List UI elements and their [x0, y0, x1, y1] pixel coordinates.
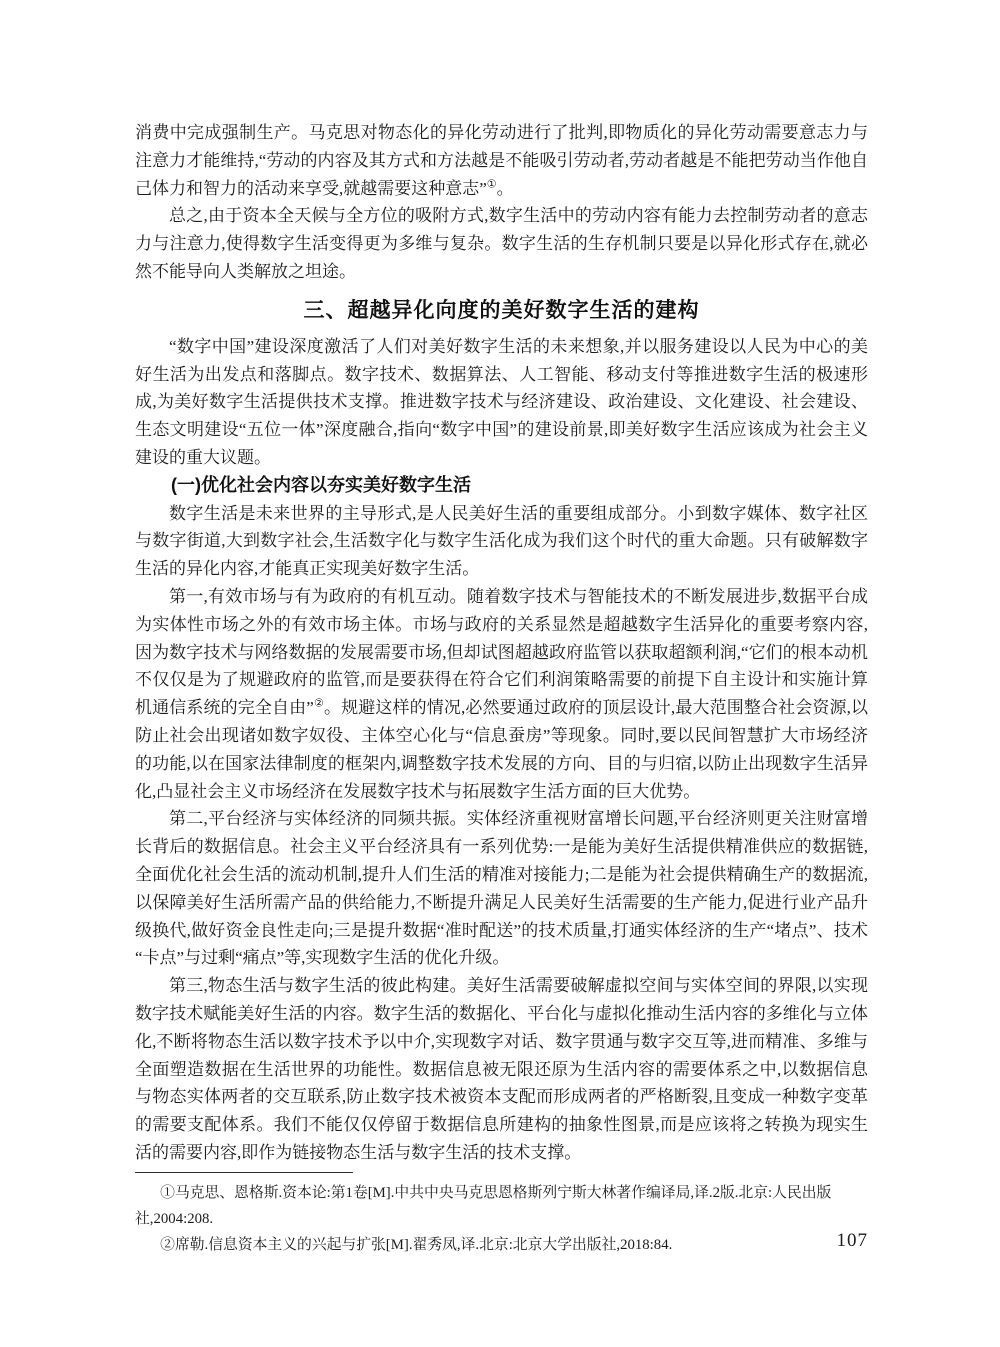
paragraph-text: 总之,由于资本全天候与全方位的吸附方式,数字生活中的劳动内容有能力去控制劳动者的…	[135, 206, 868, 281]
paragraph-text: 数字生活是未来世界的主导形式,是人民美好生活的重要组成部分。小到数字媒体、数字社…	[135, 504, 868, 579]
page-number: 107	[135, 1230, 868, 1252]
paragraph-first-point: 第一,有效市场与有为政府的有机互动。随着数字技术与智能技术的不断发展进步,数据平…	[135, 583, 868, 805]
subsection-heading: (一)优化社会内容以夯实美好数字生活	[135, 472, 868, 500]
paragraph-text: 第三,物态生活与数字生活的彼此构建。美好生活需要破解虚拟空间与实体空间的界限,以…	[135, 976, 868, 1162]
paragraph-digital-china: “数字中国”建设深度激活了人们对美好数字生活的未来想象,并以服务建设以人民为中心…	[135, 333, 868, 472]
document-page: 消费中完成强制生产。马克思对物态化的异化劳动进行了批判,即物质化的异化劳动需要意…	[0, 0, 1000, 1347]
footnote-ref-2: ②	[314, 697, 324, 709]
paragraph-text: “数字中国”建设深度激活了人们对美好数字生活的未来想象,并以服务建设以人民为中心…	[135, 337, 868, 467]
section-heading: 三、超越异化向度的美好数字生活的建构	[135, 296, 868, 326]
paragraph-digital-life: 数字生活是未来世界的主导形式,是人民美好生活的重要组成部分。小到数字媒体、数字社…	[135, 500, 868, 583]
paragraph-summary: 总之,由于资本全天候与全方位的吸附方式,数字生活中的劳动内容有能力去控制劳动者的…	[135, 202, 868, 285]
footnote-ref-1: ①	[487, 178, 497, 190]
article-body: 消费中完成强制生产。马克思对物态化的异化劳动进行了批判,即物质化的异化劳动需要意…	[135, 119, 868, 1167]
footnote-1: ①马克思、恩格斯.资本论:第1卷[M].中共中央马克思恩格斯列宁斯大林著作编译局…	[135, 1180, 868, 1232]
footnote-separator	[135, 1172, 353, 1173]
paragraph-text: 。	[497, 179, 514, 198]
paragraph-continued: 消费中完成强制生产。马克思对物态化的异化劳动进行了批判,即物质化的异化劳动需要意…	[135, 119, 868, 202]
paragraph-third-point: 第三,物态生活与数字生活的彼此构建。美好生活需要破解虚拟空间与实体空间的界限,以…	[135, 972, 868, 1167]
paragraph-second-point: 第二,平台经济与实体经济的同频共振。实体经济重视财富增长问题,平台经济则更关注财…	[135, 805, 868, 972]
paragraph-text: 第二,平台经济与实体经济的同频共振。实体经济重视财富增长问题,平台经济则更关注财…	[135, 809, 868, 967]
